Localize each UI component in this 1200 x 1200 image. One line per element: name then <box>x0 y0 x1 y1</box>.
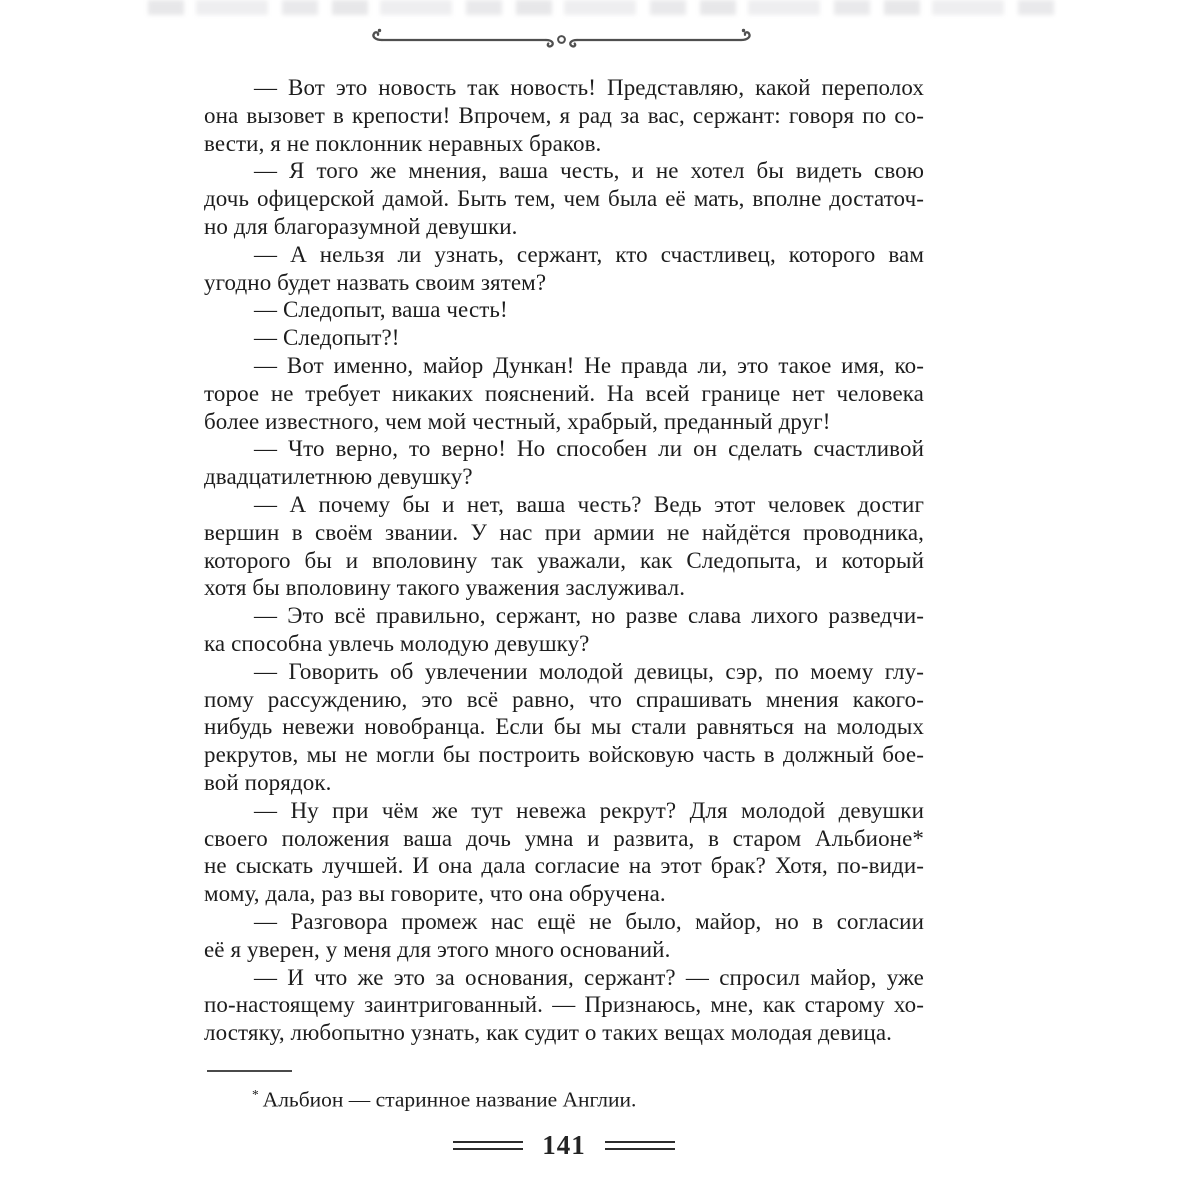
text-line: лостяку, любопытно узнать, как судит о т… <box>204 1019 924 1047</box>
text-line: — Говорить об увлечении молодой девицы, … <box>204 658 924 686</box>
text-line: вершин в своём звании. У нас при армии н… <box>204 519 924 547</box>
text-line: — Следопыт, ваша честь! <box>204 296 924 324</box>
footnote-marker: * <box>252 1087 259 1102</box>
header-ornament-icon <box>370 24 754 56</box>
text-line: вой порядок. <box>204 769 924 797</box>
paragraph: — Вот именно, майор Дункан! Не правда ли… <box>204 352 924 435</box>
paragraph: — Ну при чём же тут невежа рекрут? Для м… <box>204 797 924 908</box>
text-line: но для благоразумной девушки. <box>204 213 924 241</box>
text-line: — Это всё правильно, сержант, но разве с… <box>204 602 924 630</box>
text-line: дочь офицерской дамой. Быть тем, чем был… <box>204 185 924 213</box>
book-page: — Вот это новость так новость! Представл… <box>0 0 1200 1200</box>
text-line: её я уверен, у меня для этого много осно… <box>204 936 924 964</box>
text-line: она вызовет в крепости! Впрочем, я рад з… <box>204 102 924 130</box>
text-line: — Вот это новость так новость! Представл… <box>204 74 924 102</box>
text-line: которого бы и вполовину так уважали, как… <box>204 547 924 575</box>
paragraph: — Вот это новость так новость! Представл… <box>204 74 924 157</box>
paragraph: — Это всё правильно, сержант, но разве с… <box>204 602 924 658</box>
paragraph: — Следопыт?! <box>204 324 924 352</box>
text-line: ка способна увлечь молодую девушку? <box>204 630 924 658</box>
text-line: — И что же это за основания, сержант? — … <box>204 964 924 992</box>
page-number-rule-right <box>605 1141 675 1150</box>
text-line: — Разговора промеж нас ещё не было, майо… <box>204 908 924 936</box>
text-line: рекрутов, мы не могли бы построить войск… <box>204 741 924 769</box>
paragraph: — Следопыт, ваша честь! <box>204 296 924 324</box>
footnote: *Альбион — старинное название Англии. <box>204 1082 924 1112</box>
text-line: двадцатилетнюю девушку? <box>204 463 924 491</box>
paragraph: — А почему бы и нет, ваша честь? Ведь эт… <box>204 491 924 602</box>
page-number-row: 141 <box>204 1130 924 1160</box>
paragraph: — Говорить об увлечении молодой девицы, … <box>204 658 924 797</box>
paragraph: — А нельзя ли узнать, сержант, кто счаст… <box>204 241 924 297</box>
text-line: нибудь невежи новобранца. Если бы мы ста… <box>204 713 924 741</box>
footnote-text: *Альбион — старинное название Англии. <box>204 1082 924 1112</box>
footnote-body: Альбион — старинное название Англии. <box>263 1087 637 1111</box>
page-number-rule-left <box>453 1141 523 1150</box>
text-line: — Я того же мнения, ваша честь, и не хот… <box>204 157 924 185</box>
text-line: вести, я не поклонник неравных браков. <box>204 130 924 158</box>
text-line: торое не требует никаких пояснений. На в… <box>204 380 924 408</box>
text-line: — Следопыт?! <box>204 324 924 352</box>
footnote-separator <box>207 1070 292 1072</box>
paragraph: — Что верно, то верно! Но способен ли он… <box>204 435 924 491</box>
text-line: не сыскать лучшей. И она дала согласие н… <box>204 852 924 880</box>
text-line: пому рассуждению, это всё равно, что спр… <box>204 686 924 714</box>
text-line: — Что верно, то верно! Но способен ли он… <box>204 435 924 463</box>
text-line: хотя бы вполовину такого уважения заслуж… <box>204 574 924 602</box>
text-line: угодно будет назвать своим зятем? <box>204 269 924 297</box>
text-line: — А почему бы и нет, ваша честь? Ведь эт… <box>204 491 924 519</box>
paragraph: — Разговора промеж нас ещё не было, майо… <box>204 908 924 964</box>
paragraph: — Я того же мнения, ваша честь, и не хот… <box>204 157 924 240</box>
text-line: — Вот именно, майор Дункан! Не правда ли… <box>204 352 924 380</box>
text-line: мому, дала, раз вы говорите, что она обр… <box>204 880 924 908</box>
page-number: 141 <box>542 1132 586 1159</box>
text-line: своего положения ваша дочь умна и развит… <box>204 825 924 853</box>
reverse-page-bleed-through <box>148 0 1066 15</box>
text-line: по-настоящему заинтригованный. — Признаю… <box>204 991 924 1019</box>
text-line: более известного, чем мой честный, храбр… <box>204 408 924 436</box>
text-line: — Ну при чём же тут невежа рекрут? Для м… <box>204 797 924 825</box>
text-line: — А нельзя ли узнать, сержант, кто счаст… <box>204 241 924 269</box>
body-text: — Вот это новость так новость! Представл… <box>204 74 924 1047</box>
paragraph: — И что же это за основания, сержант? — … <box>204 964 924 1047</box>
